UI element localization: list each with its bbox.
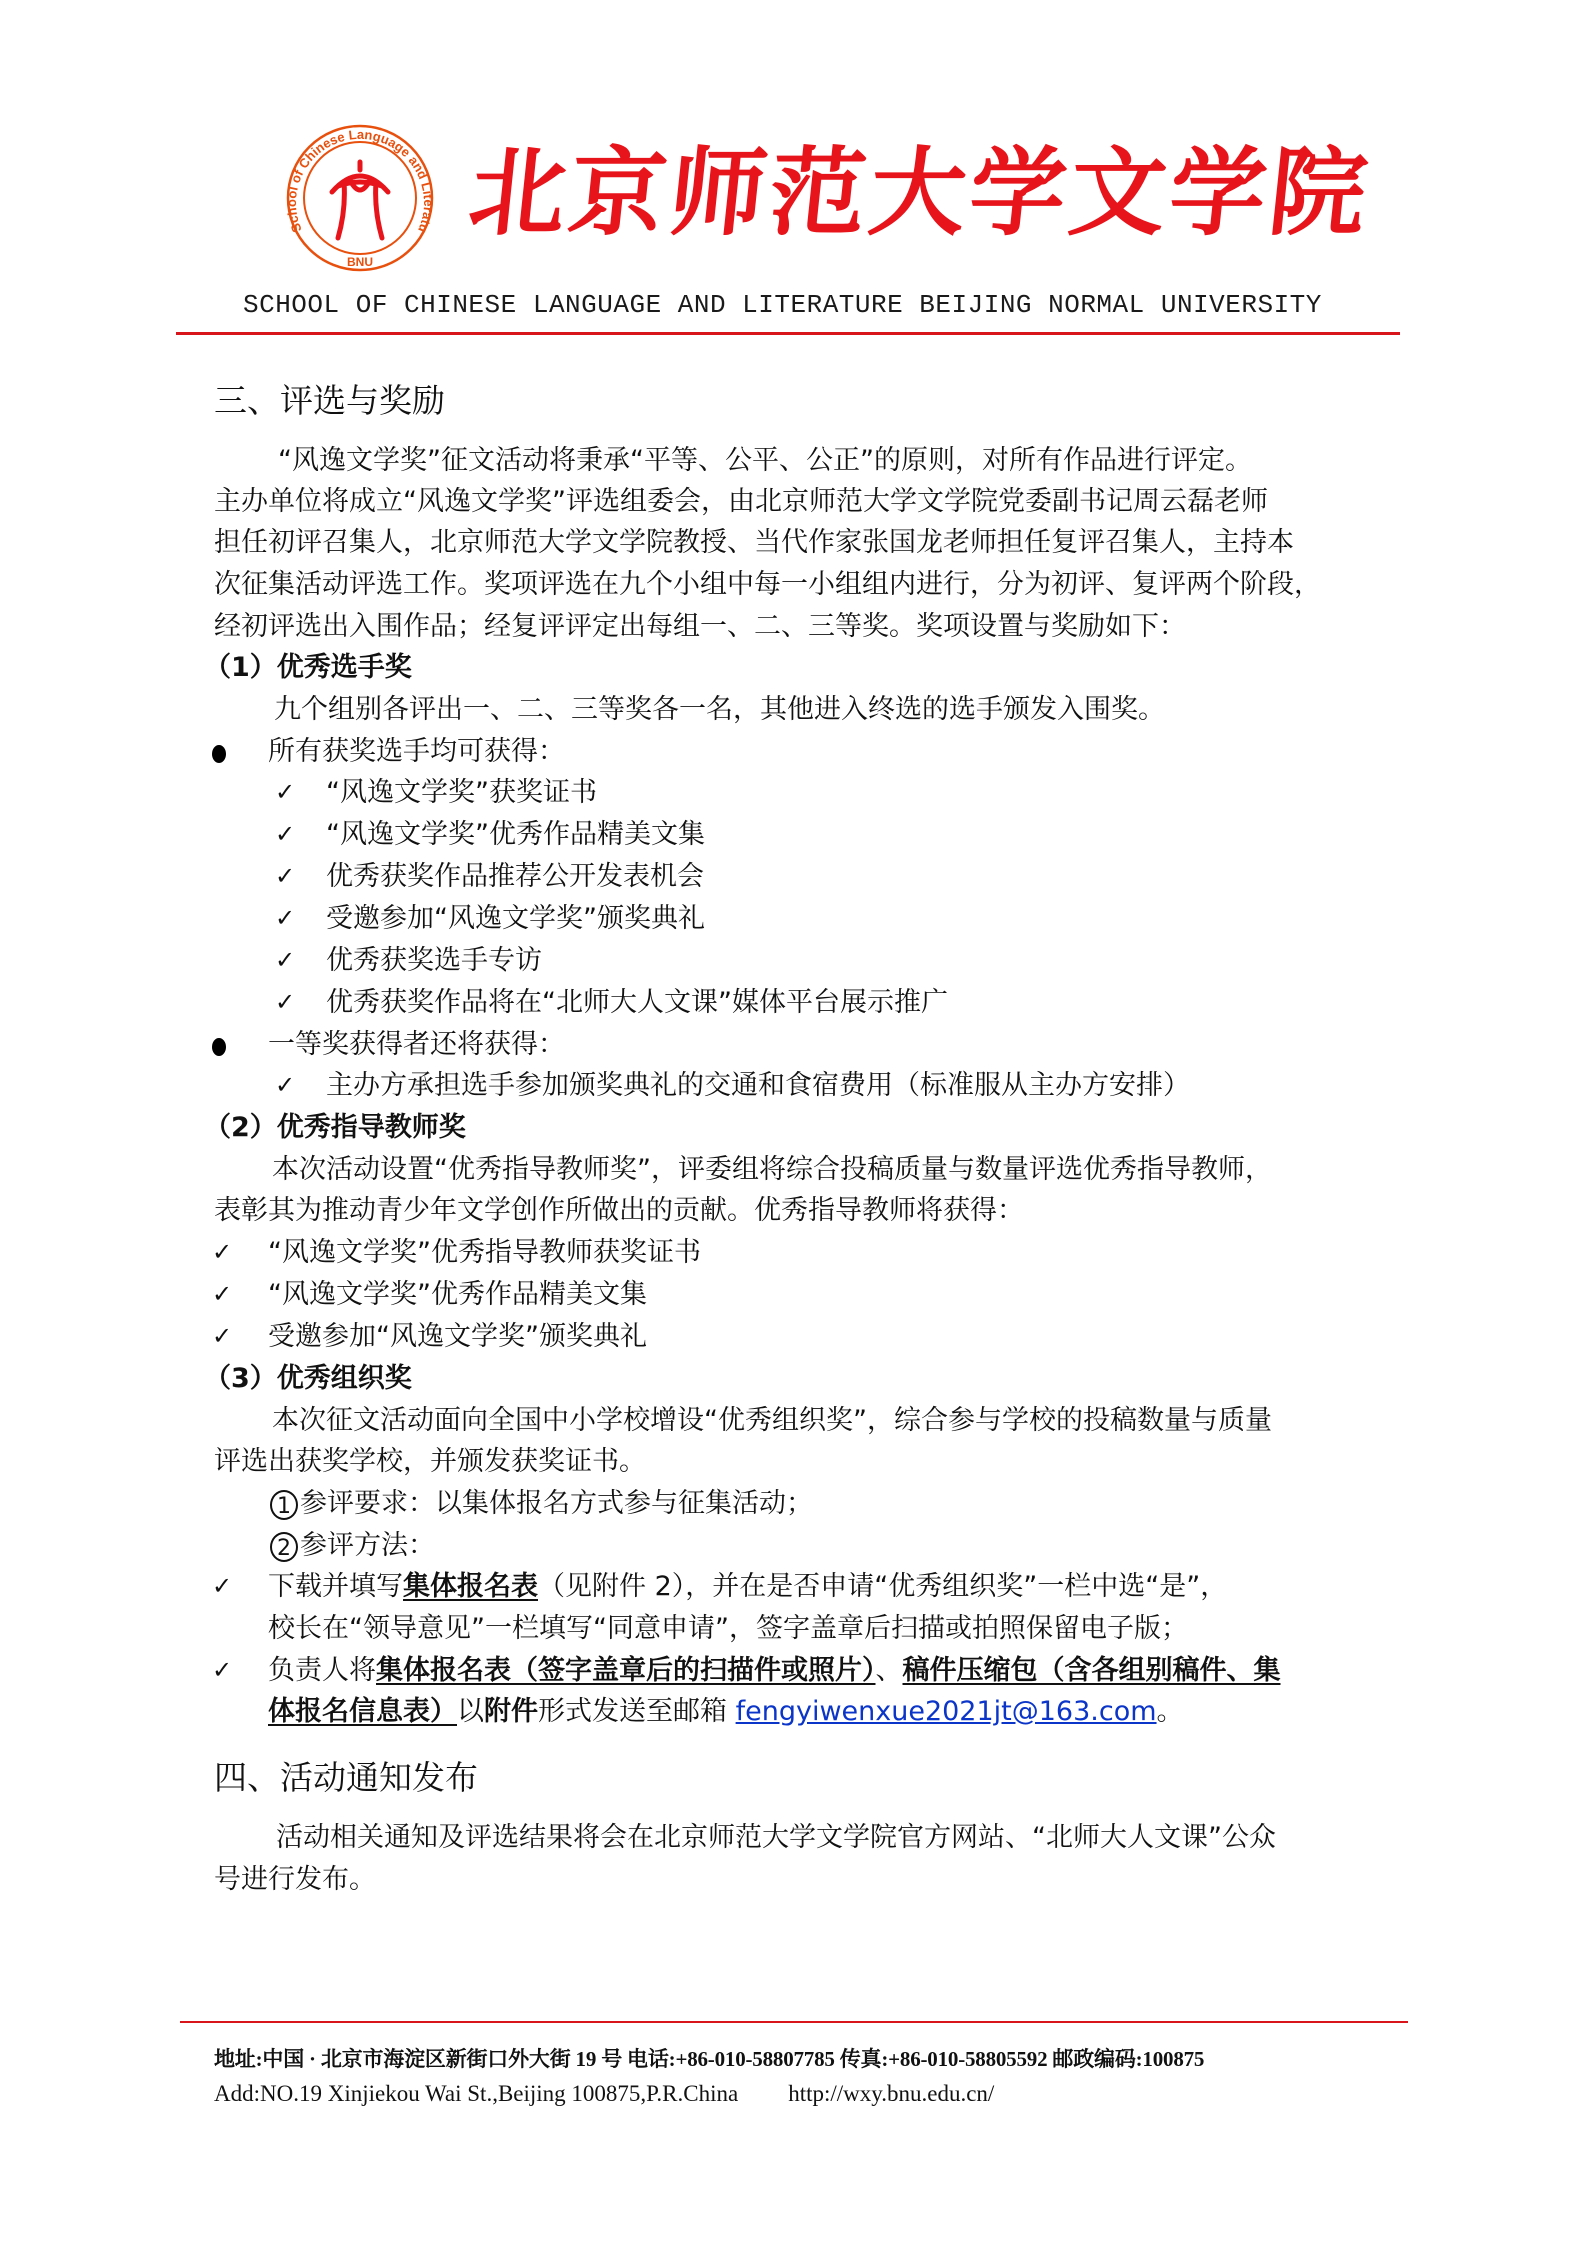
footer-address-en: Add:NO.19 Xinjiekou Wai St.,Beijing 1008… xyxy=(214,2081,994,2107)
award1-item: 优秀获奖选手专访 xyxy=(326,940,542,982)
award3-method: 2参评方法： xyxy=(270,1525,435,1567)
group-form-ref: 集体报名表 xyxy=(403,1571,538,1602)
award2-item: “风逸文学奖”优秀指导教师获奖证书 xyxy=(268,1232,701,1274)
checkmark-icon: ✓ xyxy=(275,988,295,1016)
award1-item: “风逸文学奖”获奖证书 xyxy=(326,772,597,814)
award3-desc-1: 本次征文活动面向全国中小学校增设“优秀组织奖”，综合参与学校的投稿数量与质量 xyxy=(272,1400,1272,1442)
award1-title: （1）优秀选手奖 xyxy=(204,647,412,689)
award3-desc-2: 评选出获奖学校，并颁发获奖证书。 xyxy=(214,1441,646,1483)
intro-line-3: 担任初评召集人，北京师范大学文学院教授、当代作家张国龙老师担任复评召集人，主持本 xyxy=(214,522,1294,564)
award1-item: 受邀参加“风逸文学奖”颁奖典礼 xyxy=(326,898,705,940)
intro-line-1: “风逸文学奖”征文活动将秉承“平等、公平、公正”的原则，对所有作品进行评定。 xyxy=(278,440,1252,482)
award1-firstprize-item: 主办方承担选手参加颁奖典礼的交通和食宿费用（标准服从主办方安排） xyxy=(326,1065,1190,1107)
checkmark-icon: ✓ xyxy=(212,1572,232,1600)
bullet1-label: 所有获奖选手均可获得： xyxy=(268,731,565,773)
checkmark-icon: ✓ xyxy=(275,778,295,806)
award1-item: 优秀获奖作品将在“北师大人文课”媒体平台展示推广 xyxy=(326,982,948,1024)
step2-line2: 体报名信息表）以附件形式发送至邮箱 fengyiwenxue2021jt@163… xyxy=(268,1691,1184,1733)
website-link[interactable]: http://wxy.bnu.edu.cn/ xyxy=(788,2081,994,2106)
step1-line2: 校长在“领导意见”一栏填写“同意申请”，签字盖章后扫描或拍照保留电子版； xyxy=(268,1608,1188,1650)
section4-heading: 四、活动通知发布 xyxy=(214,1752,478,1799)
award2-item: “风逸文学奖”优秀作品精美文集 xyxy=(268,1274,647,1316)
checkmark-icon: ✓ xyxy=(275,904,295,932)
checkmark-icon: ✓ xyxy=(275,862,295,890)
award2-title: （2）优秀指导教师奖 xyxy=(204,1107,466,1149)
checkmark-icon: ✓ xyxy=(275,820,295,848)
checkmark-icon: ✓ xyxy=(212,1322,232,1350)
svg-text:BNU: BNU xyxy=(347,255,373,269)
header-divider xyxy=(176,332,1400,335)
footer-contact-cn: 地址:中国 · 北京市海淀区新街口外大街 19 号 电话:+86-010-588… xyxy=(214,2043,1204,2073)
bnu-logo: School of Chinese Language and Literatur… xyxy=(262,120,458,276)
circled-number-2: 2 xyxy=(270,1532,298,1562)
footer-divider xyxy=(180,2021,1408,2023)
checkmark-icon: ✓ xyxy=(275,946,295,974)
award2-desc-2: 表彰其为推动青少年文学创作所做出的贡献。优秀指导教师将获得： xyxy=(214,1190,1024,1232)
checkmark-icon: ✓ xyxy=(212,1280,232,1308)
award2-item: 受邀参加“风逸文学奖”颁奖典礼 xyxy=(268,1316,647,1358)
bullet-icon xyxy=(212,743,226,763)
school-name-cn: 北京师范大学文学院 xyxy=(465,145,1375,241)
checkmark-icon: ✓ xyxy=(212,1238,232,1266)
award1-desc: 九个组别各评出一、二、三等奖各一名，其他进入终选的选手颁发入围奖。 xyxy=(274,689,1165,731)
circled-number-1: 1 xyxy=(270,1490,298,1520)
school-name-en: SCHOOL OF CHINESE LANGUAGE AND LITERATUR… xyxy=(243,290,1322,320)
award1-item: 优秀获奖作品推荐公开发表机会 xyxy=(326,856,704,898)
checkmark-icon: ✓ xyxy=(212,1656,232,1684)
step1-line1: 下载并填写集体报名表（见附件 2），并在是否申请“优秀组织奖”一栏中选“是”， xyxy=(268,1566,1227,1608)
intro-line-4: 次征集活动评选工作。奖项评选在九个小组中每一小组组内进行，分为初评、复评两个阶段… xyxy=(214,564,1321,606)
email-link[interactable]: fengyiwenxue2021jt@163.com xyxy=(736,1696,1157,1727)
bullet2-label: 一等奖获得者还将获得： xyxy=(268,1024,565,1066)
section4-line-1: 活动相关通知及评选结果将会在北京师范大学文学院官方网站、“北师大人文课”公众 xyxy=(276,1817,1276,1859)
award3-title: （3）优秀组织奖 xyxy=(204,1358,412,1400)
step2-line1: 负责人将集体报名表（签字盖章后的扫描件或照片）、稿件压缩包（含各组别稿件、集 xyxy=(268,1650,1281,1692)
award3-requirement: 1参评要求：以集体报名方式参与征集活动； xyxy=(270,1483,813,1525)
intro-line-5: 经初评选出入围作品；经复评评定出每组一、二、三等奖。奖项设置与奖励如下： xyxy=(214,606,1186,648)
checkmark-icon: ✓ xyxy=(275,1071,295,1099)
intro-line-2: 主办单位将成立“风逸文学奖”评选组委会，由北京师范大学文学院党委副书记周云磊老师 xyxy=(214,481,1268,523)
award2-desc-1: 本次活动设置“优秀指导教师奖”，评委组将综合投稿质量与数量评选优秀指导教师， xyxy=(272,1149,1272,1191)
section4-line-2: 号进行发布。 xyxy=(214,1859,376,1901)
bullet-icon xyxy=(212,1036,226,1056)
award1-item: “风逸文学奖”优秀作品精美文集 xyxy=(326,814,705,856)
section3-heading: 三、评选与奖励 xyxy=(214,375,445,422)
